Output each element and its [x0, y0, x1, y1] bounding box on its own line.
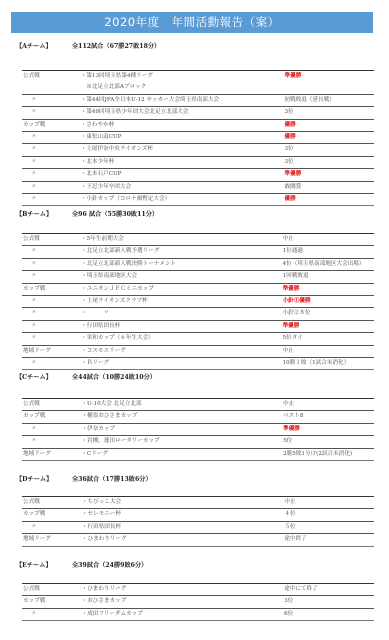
table-row: 地域リーグ ・ひまわりリーグ 途中終了: [22, 534, 374, 546]
table-row: 地域リーグ ・Cリーグ 2勝5敗1分け(2試合未消化): [22, 448, 374, 460]
category-cell: 〃: [22, 358, 81, 370]
team-summary: 全36試合（17勝13敗6分）: [72, 474, 152, 486]
event-cell: ・伊奈カップ: [81, 423, 283, 435]
team-name: 【Cチーム】: [16, 372, 72, 384]
category-cell: 〃: [22, 608, 82, 620]
result-cell: 1位通過: [283, 246, 374, 258]
category-cell: 〃: [22, 144, 81, 156]
event-cell: ・ユニオンＪＦＣミニカップ: [81, 283, 282, 295]
event-cell: ・おひさまカップ: [82, 596, 285, 608]
category-cell: カップ戦: [22, 283, 81, 295]
category-cell: 〃: [22, 107, 81, 119]
result-cell: 3位: [285, 107, 375, 119]
table-row: 〃 ・北足立北部新人戦予選リーグ 1位通過: [22, 246, 374, 258]
result-cell: ５位: [284, 521, 374, 533]
category-cell: 〃: [22, 156, 81, 168]
result-cell: 中止: [283, 234, 374, 246]
report-title-banner: 2020年度 年間活動報告（案）: [11, 12, 373, 33]
category-cell: 地域リーグ: [22, 448, 81, 460]
category-cell: 〃: [22, 271, 81, 283]
table-row: 〃 ・埼玉県南部地区大会 1回戦敗退: [22, 271, 374, 283]
category-cell: 公式戦: [22, 399, 81, 411]
event-cell: ・ひまわりリーグ: [82, 534, 284, 546]
category-cell: 地域リーグ: [22, 345, 81, 357]
table-row: ※北足立北部Aブロック: [22, 82, 374, 94]
result-cell: 準優勝: [283, 283, 374, 295]
category-cell: 〃: [22, 308, 81, 320]
event-cell: ・上尾ライオンズクラブ杯: [81, 296, 282, 308]
team-name: 【Aチーム】: [16, 41, 72, 53]
result-cell: 小針②８位: [283, 308, 374, 320]
team-d-results-table: 公式戦 ・ちびっこ大会 中止 カップ戦 ・セレモニー杯 ４位 〃 ・行田県団長杯…: [22, 496, 374, 547]
table-row: 公式戦 ・ひまわりリーグ 途中にて終了: [22, 584, 374, 596]
event-cell: ・岩槻、蓮田ロータリーカップ: [81, 436, 283, 448]
table-row: 〃 ・栄和カップ（６年生大会） 5位タイ: [22, 333, 374, 345]
table-row: 地域リーグ ・コスモスリーグ 中止: [22, 345, 374, 357]
team-a-header: 【Aチーム】全112試合（67勝27敗18分）: [16, 41, 160, 53]
report-title: 2020年度 年間活動報告（案）: [104, 15, 279, 29]
result-cell: 中止: [284, 497, 374, 509]
table-row: 〃 ・下忍少年卒団大会 敢闘賞: [22, 181, 374, 193]
table-row: 〃 ・ 〃 小針②８位: [22, 308, 374, 320]
result-cell: 3位: [285, 156, 375, 168]
team-c-header: 【Cチーム】全44試合（10勝24敗10分）: [16, 372, 156, 384]
table-row: 公式戦 ・ちびっこ大会 中止: [22, 497, 374, 509]
table-row: 〃 ・北本少年杯 3位: [22, 156, 374, 168]
result-cell: 3位: [284, 596, 374, 608]
team-e-results-table: 公式戦 ・ひまわりリーグ 途中にて終了 カップ戦 ・おひさまカップ 3位 〃 ・…: [22, 583, 374, 621]
event-cell: ・下忍少年卒団大会: [81, 181, 285, 193]
category-cell: 〃: [22, 333, 81, 345]
table-row: 〃 ・伊奈カップ 準優勝: [22, 423, 374, 435]
team-summary: 全44試合（10勝24敗10分）: [72, 372, 156, 384]
result-cell: 優勝: [285, 194, 375, 206]
table-row: カップ戦 ・桶霊おひさまカップ ベスト8: [22, 411, 374, 423]
event-cell: ・北本石戸CUP: [81, 169, 285, 181]
event-cell: ・埼玉県南部地区大会: [81, 271, 282, 283]
table-row: カップ戦 ・ユニオンＪＦＣミニカップ 準優勝: [22, 283, 374, 295]
result-cell: 小針①優勝: [283, 296, 374, 308]
team-c-results-table: 公式戦 ・U-10大会 北足立北部 中止 カップ戦 ・桶霊おひさまカップ ベスト…: [22, 398, 374, 461]
category-cell: カップ戦: [22, 509, 82, 521]
table-row: 〃 ・小針カップ（コロナ禍暫定大会） 優勝: [22, 194, 374, 206]
team-summary: 全112試合（67勝27敗18分）: [72, 41, 160, 53]
table-row: 〃 ・東松山南CUP 優勝: [22, 132, 374, 144]
table-row: カップ戦 ・おひさまカップ 3位: [22, 596, 374, 608]
table-row: 〃 ・Ｂリーグ 10勝１敗（1試合未消化）: [22, 358, 374, 370]
event-cell: ・北本少年杯: [81, 156, 285, 168]
category-cell: 〃: [22, 194, 81, 206]
table-row: 公式戦 ・第13回埼玉県第4種リーグ 準優勝: [22, 71, 374, 83]
category-cell: カップ戦: [22, 411, 81, 423]
category-cell: [22, 82, 81, 94]
result-cell: 4位（埼玉県南部地区大会出場）: [283, 258, 374, 270]
result-cell: 優勝: [285, 119, 375, 131]
table-row: 〃 ・北足立北部新人戦決勝トーナメント 4位（埼玉県南部地区大会出場）: [22, 258, 374, 270]
table-row: 〃 ・行田県団長杯 準優勝: [22, 320, 374, 332]
team-b-header: 【Bチーム】全96 試合（55勝30敗11分）: [16, 209, 158, 221]
event-cell: ・東松山南CUP: [81, 132, 285, 144]
category-cell: 公式戦: [22, 497, 82, 509]
result-cell: [285, 82, 375, 94]
event-cell: ・ちびっこ大会: [82, 497, 284, 509]
result-cell: 準優勝: [285, 169, 375, 181]
event-cell: ・成田フリーダムカップ: [82, 608, 285, 620]
table-row: カップ戦 ・セレモニー杯 ４位: [22, 509, 374, 521]
table-row: カップ戦 ・さわやか杯 優勝: [22, 119, 374, 131]
category-cell: 地域リーグ: [22, 534, 82, 546]
event-cell: ・第44回JFA全日本U-12 サッカー大会埼玉県南部大会: [81, 94, 285, 106]
result-cell: 5位: [283, 436, 374, 448]
event-cell: ※北足立北部Aブロック: [81, 82, 285, 94]
event-cell: ・Cリーグ: [81, 448, 283, 460]
team-summary: 全39試合（24勝9敗6分）: [72, 560, 147, 572]
result-cell: 準優勝: [285, 71, 375, 83]
event-cell: ・上尾伊奈中央ライオンズ杯: [81, 144, 285, 156]
table-row: 公式戦 ・5年生前期大会 中止: [22, 234, 374, 246]
result-cell: 初戦敗退（延長戦）: [285, 94, 375, 106]
event-cell: ・行田県団長杯: [82, 521, 284, 533]
team-name: 【Eチーム】: [16, 560, 72, 572]
event-cell: ・栄和カップ（６年生大会）: [81, 333, 282, 345]
result-cell: 中止: [283, 399, 374, 411]
category-cell: 〃: [22, 246, 81, 258]
table-row: 〃 ・行田県団長杯 ５位: [22, 521, 374, 533]
result-cell: 中止: [283, 345, 374, 357]
category-cell: 〃: [22, 169, 81, 181]
category-cell: 〃: [22, 521, 82, 533]
event-cell: ・コスモスリーグ: [81, 345, 282, 357]
table-row: 〃 ・上尾伊奈中央ライオンズ杯 3位: [22, 144, 374, 156]
table-row: 〃 ・岩槻、蓮田ロータリーカップ 5位: [22, 436, 374, 448]
team-a-results-table: 公式戦 ・第13回埼玉県第4種リーグ 準優勝 ※北足立北部Aブロック 〃 ・第4…: [22, 70, 374, 206]
table-row: 公式戦 ・U-10大会 北足立北部 中止: [22, 399, 374, 411]
event-cell: ・第49回埼玉県少年団大会北足立北部大会: [81, 107, 285, 119]
event-cell: ・行田県団長杯: [81, 320, 282, 332]
table-row: 〃 ・北本石戸CUP 準優勝: [22, 169, 374, 181]
category-cell: 〃: [22, 94, 81, 106]
result-cell: 途中にて終了: [284, 584, 374, 596]
category-cell: カップ戦: [22, 596, 82, 608]
result-cell: 6位: [284, 608, 374, 620]
event-cell: ・U-10大会 北足立北部: [81, 399, 283, 411]
event-cell: ・第13回埼玉県第4種リーグ: [81, 71, 285, 83]
table-row: 〃 ・成田フリーダムカップ 6位: [22, 608, 374, 620]
table-row: 〃 ・上尾ライオンズクラブ杯 小針①優勝: [22, 296, 374, 308]
event-cell: ・北足立北部新人戦予選リーグ: [81, 246, 282, 258]
category-cell: 公式戦: [22, 234, 81, 246]
event-cell: ・ひまわりリーグ: [82, 584, 285, 596]
event-cell: ・さわやか杯: [81, 119, 285, 131]
result-cell: 途中終了: [284, 534, 374, 546]
event-cell: ・ 〃: [81, 308, 282, 320]
result-cell: 準優勝: [283, 320, 374, 332]
category-cell: 〃: [22, 181, 81, 193]
result-cell: ４位: [284, 509, 374, 521]
event-cell: ・北足立北部新人戦決勝トーナメント: [81, 258, 282, 270]
event-cell: ・5年生前期大会: [81, 234, 282, 246]
result-cell: 敢闘賞: [285, 181, 375, 193]
category-cell: 〃: [22, 436, 81, 448]
category-cell: 公式戦: [22, 71, 81, 83]
team-summary: 全96 試合（55勝30敗11分）: [72, 209, 158, 221]
team-e-header: 【Eチーム】全39試合（24勝9敗6分）: [16, 560, 147, 572]
event-cell: ・桶霊おひさまカップ: [81, 411, 283, 423]
category-cell: 〃: [22, 296, 81, 308]
team-name: 【Bチーム】: [16, 209, 72, 221]
result-cell: 2勝5敗1分け(2試合未消化): [283, 448, 374, 460]
event-cell: ・小針カップ（コロナ禍暫定大会）: [81, 194, 285, 206]
category-cell: 〃: [22, 258, 81, 270]
team-b-results-table: 公式戦 ・5年生前期大会 中止 〃 ・北足立北部新人戦予選リーグ 1位通過 〃 …: [22, 233, 374, 370]
result-cell: 準優勝: [283, 423, 374, 435]
event-cell: ・セレモニー杯: [82, 509, 284, 521]
result-cell: 3位: [285, 144, 375, 156]
result-cell: ベスト8: [283, 411, 374, 423]
category-cell: 〃: [22, 320, 81, 332]
category-cell: 〃: [22, 423, 81, 435]
result-cell: 10勝１敗（1試合未消化）: [283, 358, 374, 370]
event-cell: ・Ｂリーグ: [81, 358, 282, 370]
result-cell: 1回戦敗退: [283, 271, 374, 283]
result-cell: 優勝: [285, 132, 375, 144]
category-cell: 〃: [22, 132, 81, 144]
category-cell: 公式戦: [22, 584, 82, 596]
team-name: 【Dチーム】: [16, 474, 72, 486]
result-cell: 5位タイ: [283, 333, 374, 345]
team-d-header: 【Dチーム】全36試合（17勝13敗6分）: [16, 474, 152, 486]
table-row: 〃 ・第44回JFA全日本U-12 サッカー大会埼玉県南部大会 初戦敗退（延長戦…: [22, 94, 374, 106]
category-cell: カップ戦: [22, 119, 81, 131]
table-row: 〃 ・第49回埼玉県少年団大会北足立北部大会 3位: [22, 107, 374, 119]
